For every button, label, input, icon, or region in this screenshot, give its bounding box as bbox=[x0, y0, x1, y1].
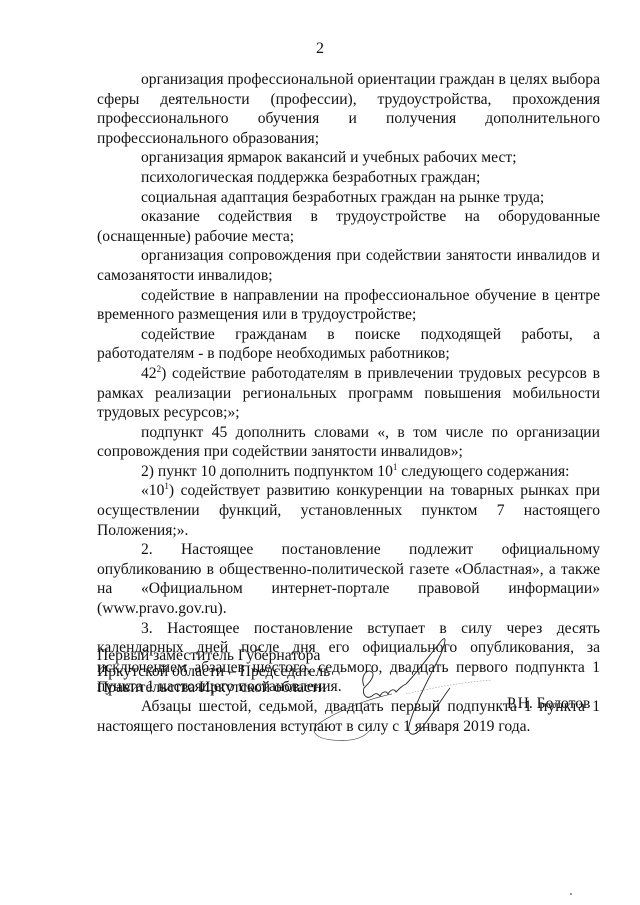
paragraph: «101) содействует развитию конкуренции н… bbox=[97, 481, 600, 540]
item-number: 42 bbox=[141, 365, 157, 382]
signatory-name: Р.Н. Болотов bbox=[507, 696, 590, 712]
paragraph: организация ярмарок вакансий и учебных р… bbox=[97, 148, 600, 168]
paragraph: содействие в направлении на профессионал… bbox=[97, 286, 600, 325]
paragraph: 422) содействие работодателям в привлече… bbox=[97, 364, 600, 423]
paragraph-text: 2) пункт 10 дополнить подпунктом 10 bbox=[141, 463, 393, 480]
signature-block: Первый заместитель Губернатора Иркутской… bbox=[97, 648, 617, 768]
paragraph: подпункт 45 дополнить словами «, в том ч… bbox=[97, 423, 600, 462]
paragraph-text: «10 bbox=[141, 482, 164, 499]
paragraph-text: следующего содержания: bbox=[397, 463, 569, 480]
paragraph: психологическая поддержка безработных гр… bbox=[97, 168, 600, 188]
paragraph: 2) пункт 10 дополнить подпунктом 101 сле… bbox=[97, 462, 600, 482]
scan-artifact bbox=[570, 893, 572, 895]
paragraph: 2. Настоящее постановление подлежит офиц… bbox=[97, 540, 600, 618]
paragraph: содействие гражданам в поиске подходящей… bbox=[97, 325, 600, 364]
document-page: 2 организация профессиональной ориентаци… bbox=[0, 0, 640, 905]
document-body: организация профессиональной ориентации … bbox=[97, 70, 600, 736]
paragraph: социальная адаптация безработных граждан… bbox=[97, 188, 600, 208]
paragraph: оказание содействия в трудоустройстве на… bbox=[97, 207, 600, 246]
paragraph: организация профессиональной ориентации … bbox=[97, 70, 600, 148]
page-number: 2 bbox=[0, 40, 640, 58]
paragraph-text: ) содействие работодателям в привлечении… bbox=[97, 365, 600, 421]
paragraph-text: ) содействует развитию конкуренции на то… bbox=[97, 482, 600, 538]
handwritten-signature-icon bbox=[292, 638, 502, 748]
paragraph: организация сопровождения при содействии… bbox=[97, 246, 600, 285]
